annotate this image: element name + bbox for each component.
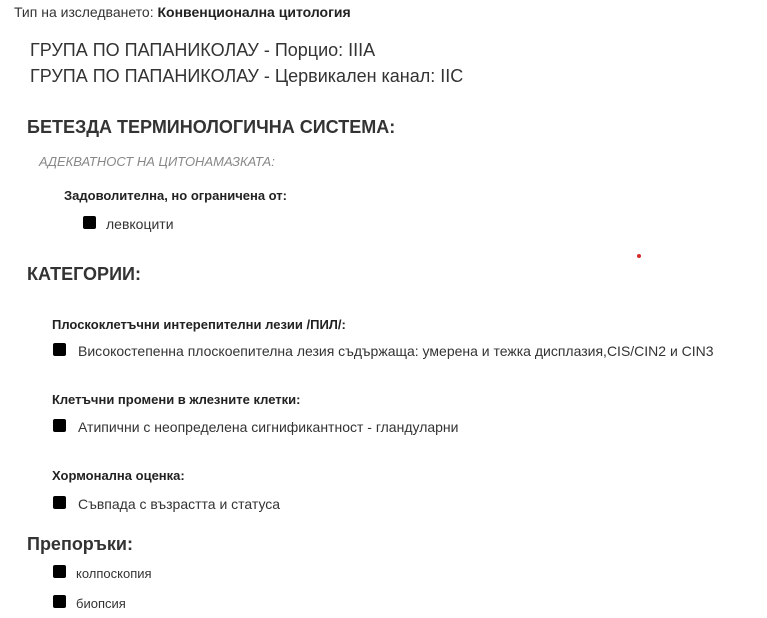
filled-square-icon	[53, 595, 66, 608]
recommendations-heading: Препоръки:	[27, 534, 133, 555]
papanicolaou-cervical-canal: ГРУПА ПО ПАПАНИКОЛАУ - Цервикален канал:…	[30, 66, 463, 87]
category-item-glandular: Атипични с неопределена сигнификантност …	[53, 419, 458, 435]
category-item-label: Съвпада с възрастта и статуса	[78, 496, 280, 512]
recommendation-item: биопсия	[53, 596, 126, 611]
category-title-glandular: Клетъчни промени в жлезните клетки:	[52, 392, 300, 407]
category-item-label: Високостепенна плоскоепителна лезия съдъ…	[78, 343, 714, 359]
category-item-label: Атипични с неопределена сигнификантност …	[78, 419, 458, 435]
red-dot-marker	[637, 254, 641, 258]
category-item-squamous: Високостепенна плоскоепителна лезия съдъ…	[53, 343, 714, 359]
filled-square-icon	[53, 496, 66, 509]
adequacy-item: левкоцити	[83, 216, 174, 232]
exam-type: Тип на изследването: Конвенционална цито…	[14, 4, 351, 20]
recommendation-label: биопсия	[76, 596, 126, 611]
filled-square-icon	[53, 419, 66, 432]
category-title-squamous: Плоскоклетъчни интерепителни лезии /ПИЛ/…	[52, 317, 346, 332]
category-title-hormonal: Хормонална оценка:	[52, 468, 185, 483]
category-item-hormonal: Съвпада с възрастта и статуса	[53, 496, 280, 512]
exam-type-value: Конвенционална цитология	[157, 4, 350, 20]
categories-heading: КАТЕГОРИИ:	[27, 264, 141, 285]
bethesda-heading: БЕТЕЗДА ТЕРМИНОЛОГИЧНА СИСТЕМА:	[27, 117, 395, 138]
adequacy-subheading: Задоволителна, но ограничена от:	[64, 188, 287, 203]
filled-square-icon	[53, 343, 66, 356]
filled-square-icon	[83, 216, 96, 229]
recommendation-label: колпоскопия	[76, 566, 152, 581]
adequacy-label: АДЕКВАТНОСТ НА ЦИТОНАМАЗКАТА:	[39, 154, 275, 169]
adequacy-item-label: левкоцити	[106, 216, 174, 232]
papanicolaou-portio: ГРУПА ПО ПАПАНИКОЛАУ - Порцио: IIIA	[30, 40, 375, 61]
recommendation-item: колпоскопия	[53, 566, 152, 581]
exam-type-label: Тип на изследването:	[14, 4, 157, 20]
filled-square-icon	[53, 565, 66, 578]
